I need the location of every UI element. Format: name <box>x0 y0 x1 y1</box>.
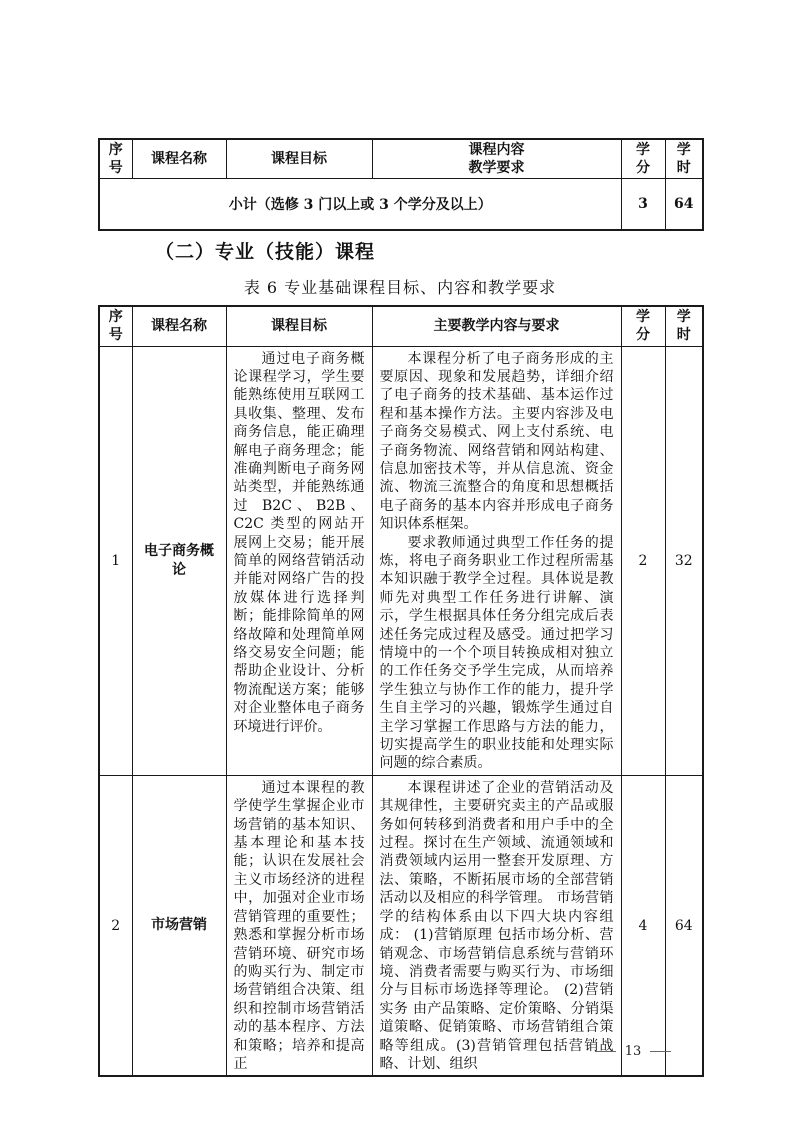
row1-course-name: 电子商务概论 <box>132 346 226 775</box>
row1-content: 本课程分析了电子商务形成的主要原因、现象和发展趋势，详细介绍了电子商务的技术基础… <box>372 346 621 775</box>
row2-seq: 2 <box>99 775 132 1076</box>
page-number-value: 13 <box>625 1044 642 1059</box>
main-header-seq: 序 号 <box>99 306 132 346</box>
row1-objective: 通过电子商务概论课程学习，学生要能熟练使用互联网工具收集、整理、发布商务信息，能… <box>226 346 372 775</box>
document-page: 序 号 课程名称 课程目标 课程内容 教学要求 学 分 学 时 小计（选修 3 … <box>0 0 793 1122</box>
main-table-header-row: 序 号 课程名称 课程目标 主要教学内容与要求 学 分 学 时 <box>99 306 703 346</box>
subtotal-hours: 64 <box>665 178 703 230</box>
table-caption: 表 6 专业基础课程目标、内容和教学要求 <box>98 275 702 298</box>
top-header-credits: 学 分 <box>621 139 665 178</box>
row1-objective-paragraph: 通过电子商务概论课程学习，学生要能熟练使用互联网工具收集、整理、发布商务信息，能… <box>234 350 365 737</box>
top-table-header-row: 序 号 课程名称 课程目标 课程内容 教学要求 学 分 学 时 <box>99 139 703 178</box>
footer-right-dash <box>650 1051 671 1053</box>
subtotal-credits: 3 <box>621 178 665 230</box>
subtotal-label: 小计（选修 3 门以上或 3 个学分及以上） <box>99 178 621 230</box>
main-header-credits: 学 分 <box>621 306 665 346</box>
row1-seq: 1 <box>99 346 132 775</box>
main-header-hours: 学 时 <box>665 306 703 346</box>
row2-course-name: 市场营销 <box>132 775 226 1076</box>
row1-content-paragraph-2: 要求教师通过典型工作任务的提炼，将电子商务职业工作过程所需基本知识融于教学全过程… <box>380 534 614 773</box>
row2-objective: 通过本课程的教学使学生掌握企业市场营销的基本知识、基本理论和基本技能；认识在发展… <box>226 775 372 1076</box>
basic-courses-table: 序 号 课程名称 课程目标 主要教学内容与要求 学 分 学 时 1 电子商务概论… <box>98 305 704 1077</box>
main-header-course-name: 课程名称 <box>132 306 226 346</box>
top-header-objective: 课程目标 <box>226 139 372 178</box>
row2-hours: 64 <box>665 775 703 1076</box>
row2-credits: 4 <box>621 775 665 1076</box>
page-number: 13 <box>583 1044 683 1059</box>
top-header-hours: 学 时 <box>665 139 703 178</box>
table-row-marketing: 2 市场营销 通过本课程的教学使学生掌握企业市场营销的基本知识、基本理论和基本技… <box>99 775 703 1076</box>
top-header-course-name: 课程名称 <box>132 139 226 178</box>
row1-hours: 32 <box>665 346 703 775</box>
table-row-ecommerce-intro: 1 电子商务概论 通过电子商务概论课程学习，学生要能熟练使用互联网工具收集、整理… <box>99 346 703 775</box>
row1-content-paragraph-1: 本课程分析了电子商务形成的主要原因、现象和发展趋势，详细介绍了电子商务的技术基础… <box>380 350 614 534</box>
main-header-content: 主要教学内容与要求 <box>372 306 621 346</box>
subtotal-row: 小计（选修 3 门以上或 3 个学分及以上） 3 64 <box>99 178 703 230</box>
top-header-seq: 序 号 <box>99 139 132 178</box>
top-header-content: 课程内容 教学要求 <box>372 139 621 178</box>
main-header-objective: 课程目标 <box>226 306 372 346</box>
section-heading: （二）专业（技能）课程 <box>155 237 375 264</box>
row2-content-paragraph: 本课程讲述了企业的营销活动及其规律性，主要研究卖主的产品或服务如何转移到消费者和… <box>380 779 614 1074</box>
elective-summary-table: 序 号 课程名称 课程目标 课程内容 教学要求 学 分 学 时 小计（选修 3 … <box>98 138 704 231</box>
row2-content: 本课程讲述了企业的营销活动及其规律性，主要研究卖主的产品或服务如何转移到消费者和… <box>372 775 621 1076</box>
footer-left-dash <box>595 1051 616 1053</box>
row1-credits: 2 <box>621 346 665 775</box>
row2-objective-paragraph: 通过本课程的教学使学生掌握企业市场营销的基本知识、基本理论和基本技能；认识在发展… <box>234 779 365 1074</box>
